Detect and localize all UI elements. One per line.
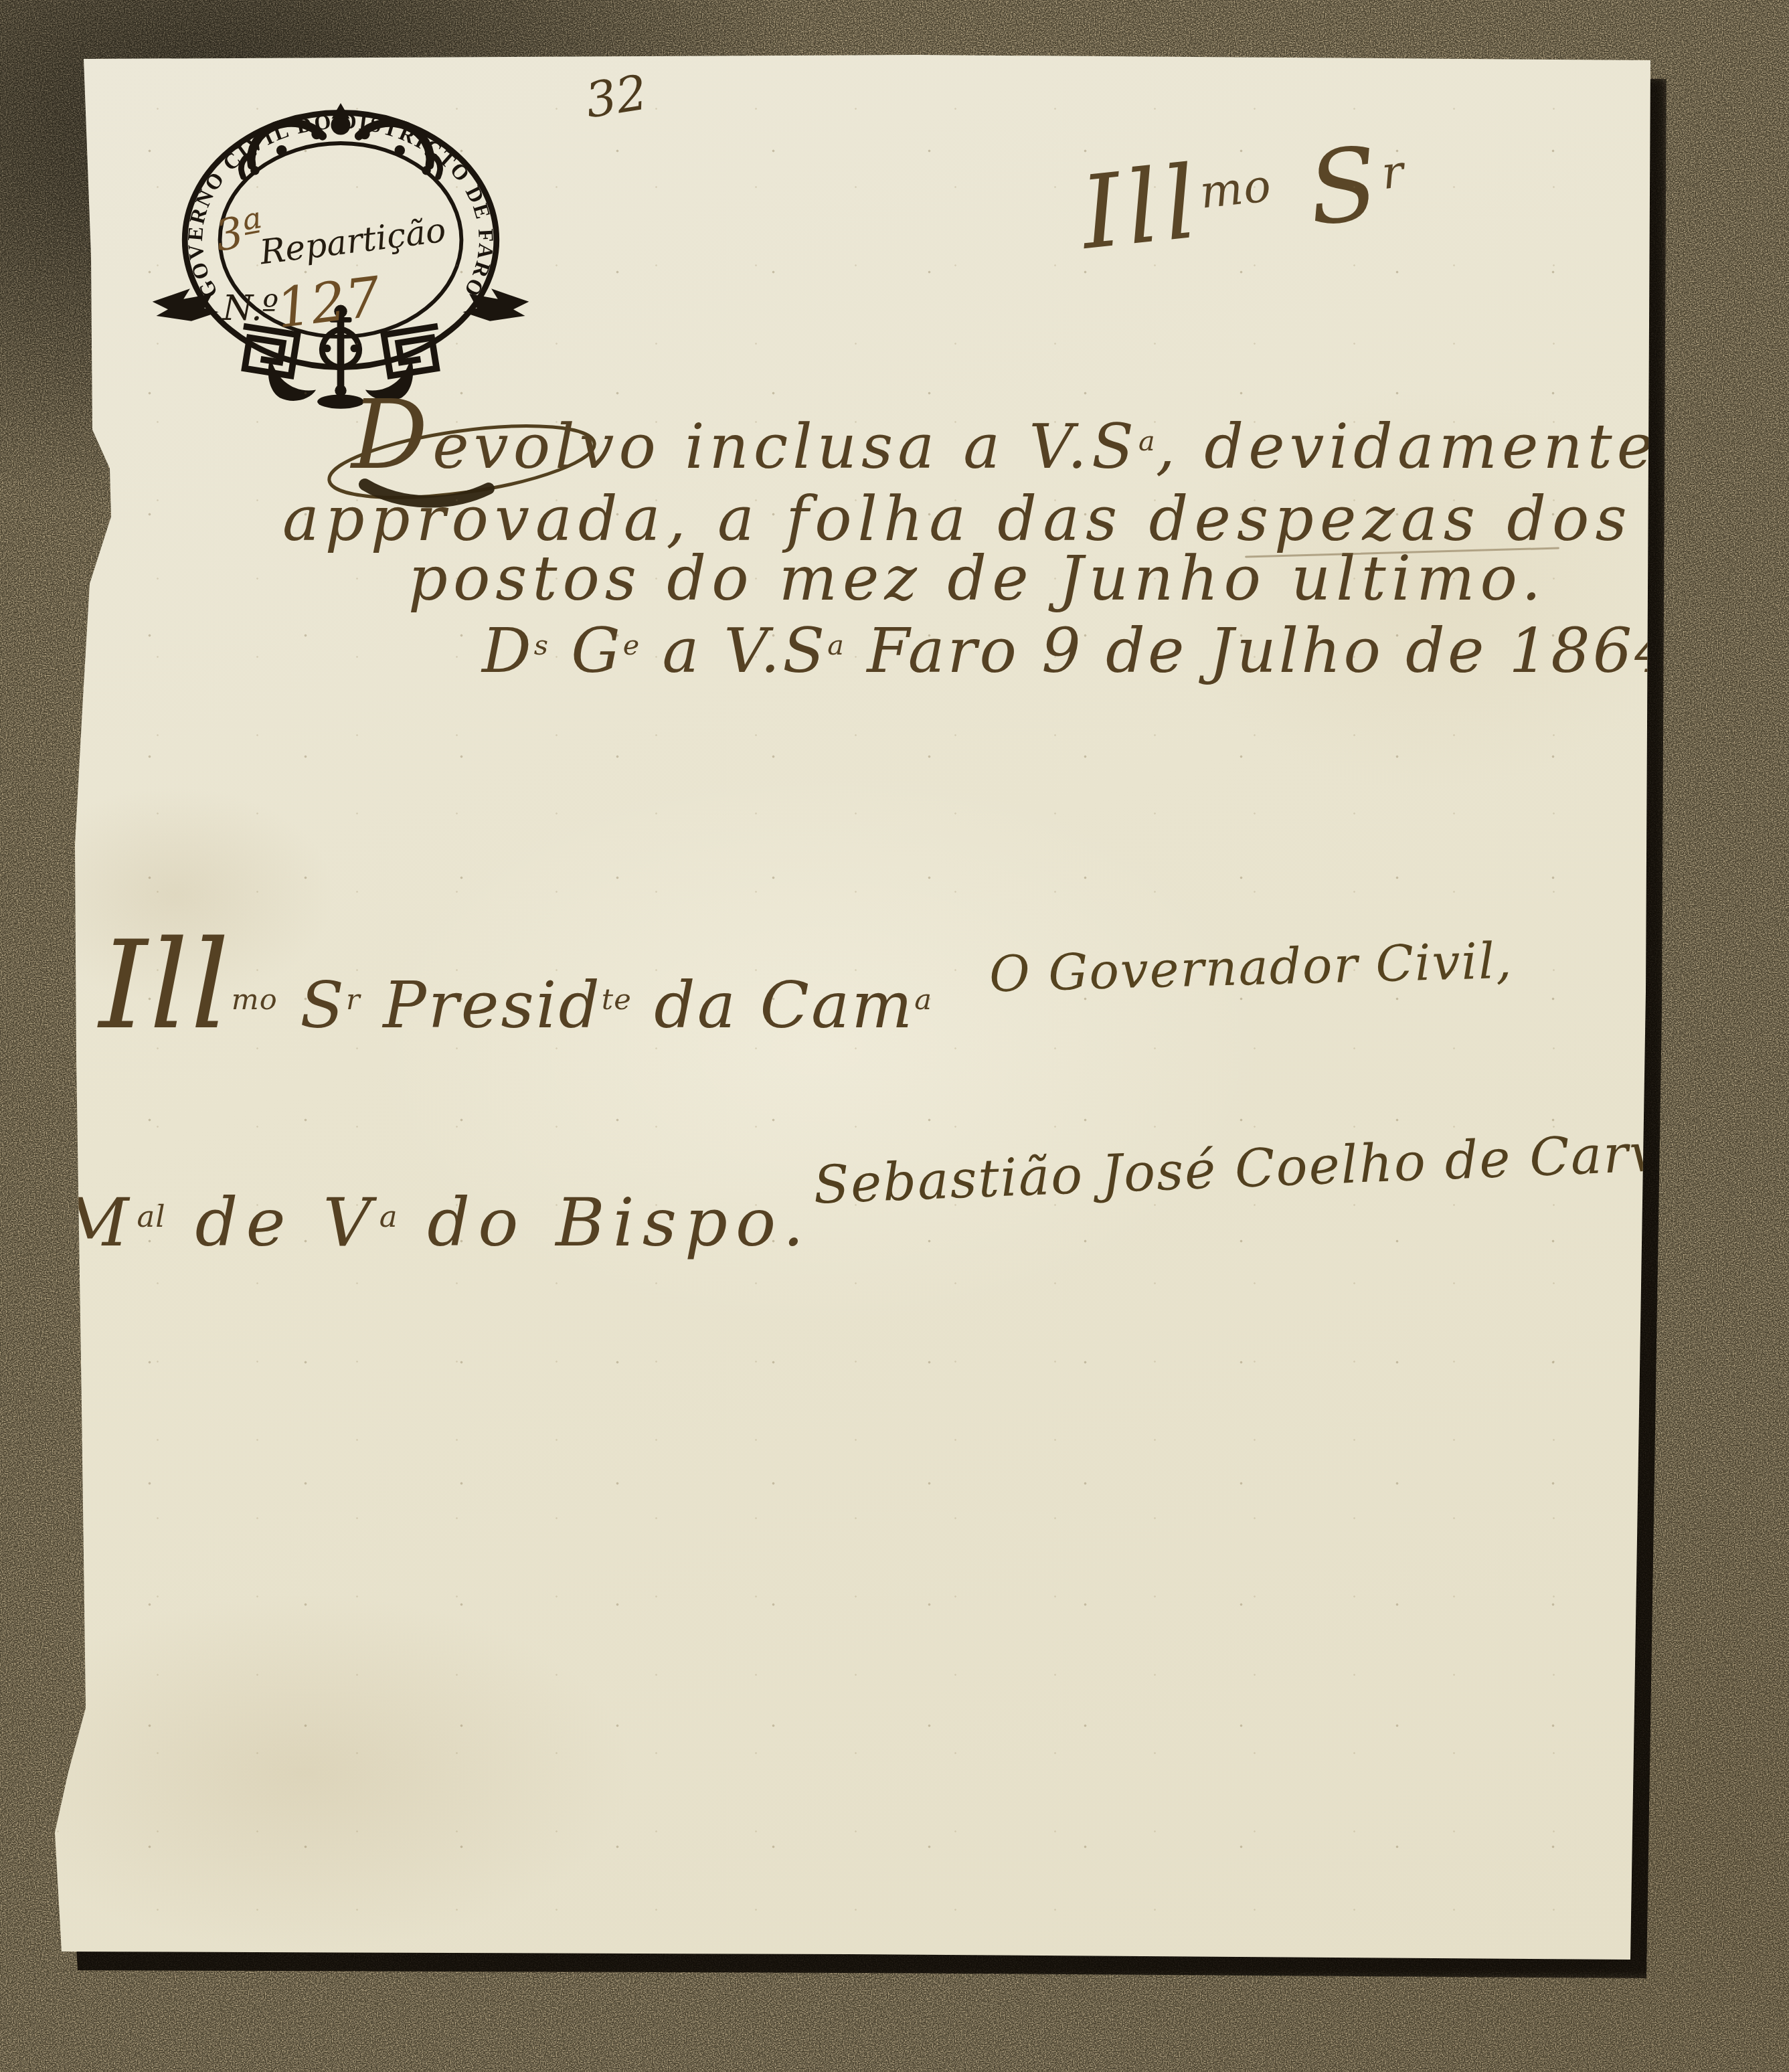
superscript-segment: a [379,1199,398,1234]
dateline: Ds Ge a V.Sa Faro 9 de Julho de 1864. [482,620,1699,682]
superscript-segment: mo [232,983,278,1017]
text-segment: S [278,968,346,1043]
text-segment: da Cam [632,968,914,1043]
superscript-segment: r [1379,145,1407,199]
initial-capital: D [351,379,432,491]
text-segment: Presid [361,968,602,1043]
text-segment: S [1266,125,1389,252]
addressee-line-1: Illmo Sr Presidte da Cama [99,925,932,1047]
superscript-segment: e [623,629,641,661]
document-paper: GOVERNO CIVIL DO DISTRICTO DE FARO [47,55,1653,1964]
stamp-number-label: N.º [221,288,278,329]
text-segment: do Bispo. [398,1183,812,1262]
stamp-department-word: Repartição [257,210,448,272]
text-segment: de V [166,1183,379,1262]
text-segment: , devidamente [1156,411,1658,483]
text-segment: evolvo inclusa a V.S [432,411,1138,483]
body-line-2: approvada, a folha das despezas dos ex= [282,489,1789,550]
body-line-1: Devolvo inclusa a V.Sa, devidamente [351,387,1658,483]
initial-capital: Ill [99,915,232,1057]
stamp-number-value: 127 [273,265,384,341]
superscript-segment: s [534,629,549,661]
official-stamp: GOVERNO CIVIL DO DISTRICTO DE FARO [146,100,535,425]
salutation-illmo-sr: Illmo Sr [1076,131,1410,264]
superscript-segment: r [346,983,361,1017]
body-line-3: postos do mez de Junho ultimo. [408,548,1546,610]
superscript-segment: mo [1197,159,1274,219]
text-segment: G [549,615,623,687]
text-segment: a V.S [640,615,827,687]
superscript-segment: a [827,629,845,661]
text-segment: D [482,615,534,687]
superscript-segment: a [1138,425,1156,457]
superscript-segment: al [137,1199,165,1234]
text-segment: Ill [1076,144,1207,272]
addressee-line-2: Mal de Va do Bispo. [60,1189,812,1256]
folio-number: 32 [582,68,651,124]
superscript-segment: a [914,983,932,1017]
closing-office-line: O Governador Civil, [989,936,1513,999]
superscript-segment: te [602,983,632,1017]
governor-signature: Sebastião José Coelho de Carvalho [813,1122,1780,1211]
text-segment: Faro 9 de Julho de 1864. [845,615,1699,687]
